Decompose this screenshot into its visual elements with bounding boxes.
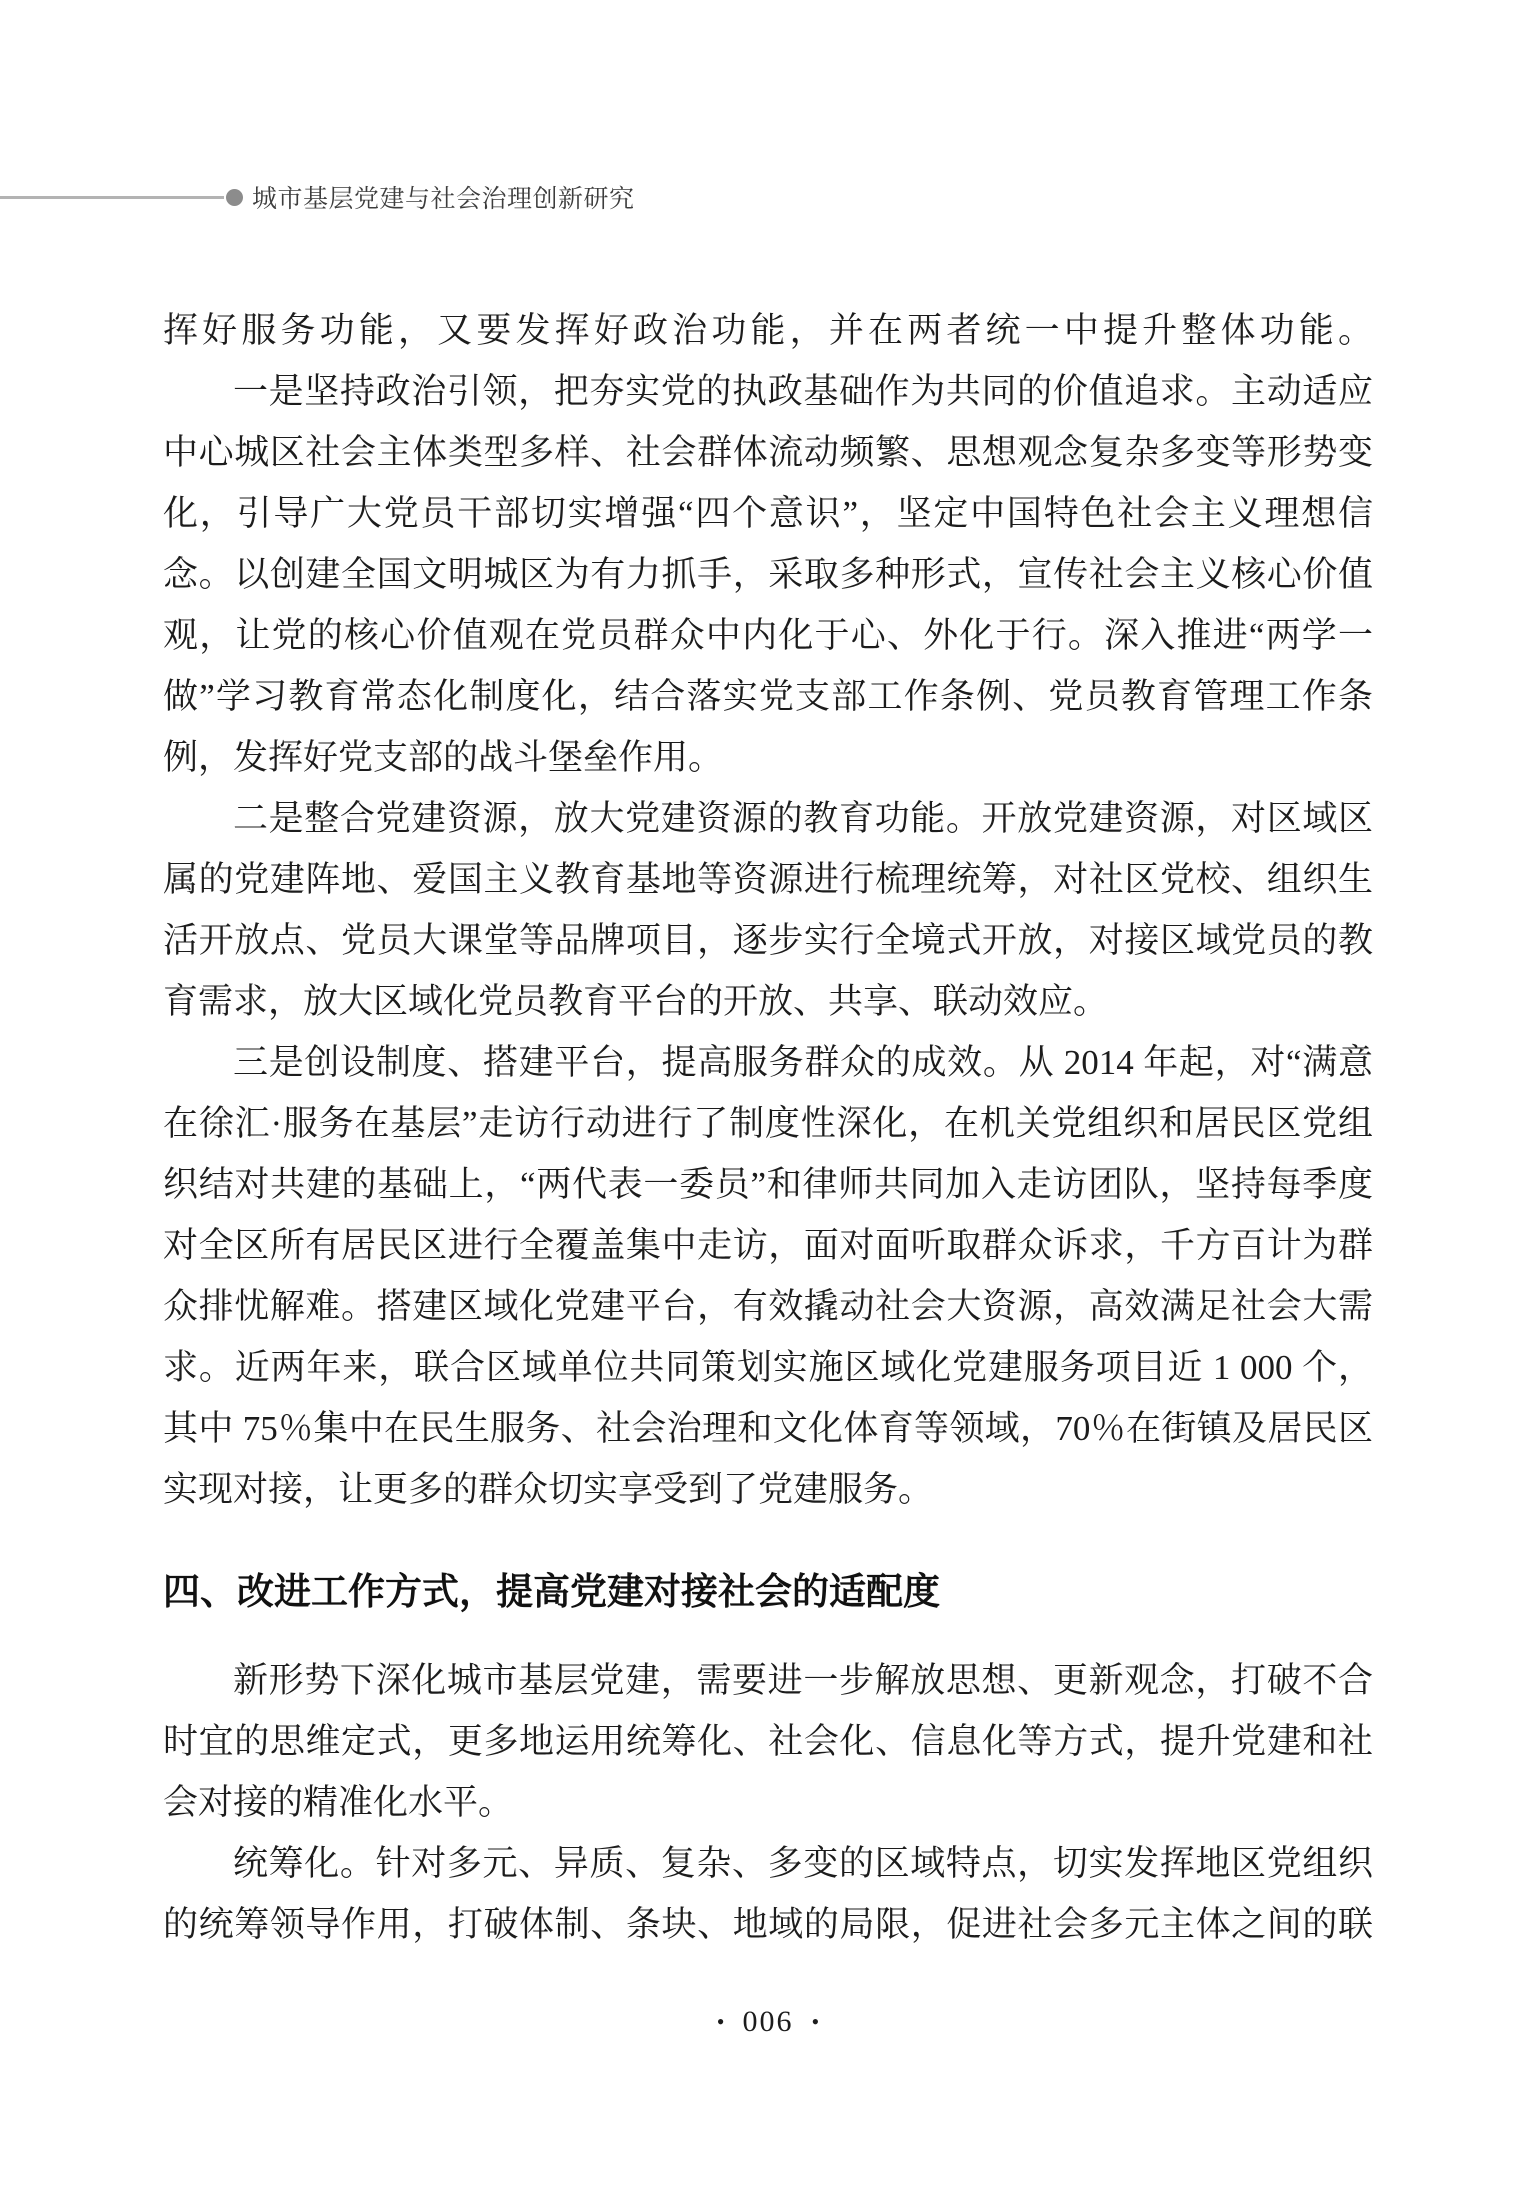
book-page: 城市基层党建与社会治理创新研究 挥好服务功能，又要发挥好政治功能，并在两者统一中… xyxy=(0,0,1536,2212)
paragraph: 挥好服务功能，又要发挥好政治功能，并在两者统一中提升整体功能。 xyxy=(163,300,1373,361)
paragraph: 统筹化。针对多元、异质、复杂、多变的区域特点，切实发挥地区党组织的统筹领导作用，… xyxy=(163,1833,1373,1955)
paragraph: 一是坚持政治引领，把夯实党的执政基础作为共同的价值追求。主动适应中心城区社会主体… xyxy=(163,361,1373,788)
header-bullet-icon xyxy=(226,189,243,206)
running-header: 城市基层党建与社会治理创新研究 xyxy=(0,181,1536,213)
paragraph: 三是创设制度、搭建平台，提高服务群众的成效。从 2014 年起，对“满意在徐汇·… xyxy=(163,1032,1373,1520)
page-number-right-dot-icon: • xyxy=(812,2011,820,2033)
page-number-value: 006 xyxy=(743,2004,794,2040)
paragraph: 新形势下深化城市基层党建，需要进一步解放思想、更新观念，打破不合时宜的思维定式，… xyxy=(163,1650,1373,1833)
book-title: 城市基层党建与社会治理创新研究 xyxy=(252,179,635,215)
page-number-left-dot-icon: • xyxy=(717,2011,725,2033)
header-rule xyxy=(0,196,224,199)
page-number: • 006 • xyxy=(0,2004,1536,2040)
page-body: 挥好服务功能，又要发挥好政治功能，并在两者统一中提升整体功能。 一是坚持政治引领… xyxy=(163,300,1373,1955)
section-heading: 四、改进工作方式，提高党建对接社会的适配度 xyxy=(163,1566,1373,1618)
paragraph: 二是整合党建资源，放大党建资源的教育功能。开放党建资源，对区域区属的党建阵地、爱… xyxy=(163,788,1373,1032)
